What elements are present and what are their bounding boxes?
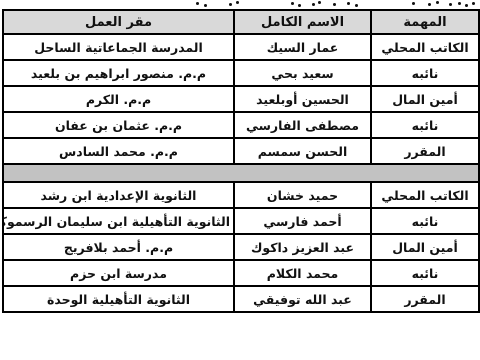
- table-row: نائبهسعيد بحيم.م. منصور ابراهيم بن بلعيد: [3, 60, 479, 86]
- table-body: الكاتب المحليعمار السيكالمدرسة الجماعاتي…: [3, 34, 479, 312]
- committee-table: المهمة الاسم الكامل مقر العمل الكاتب الم…: [2, 9, 480, 313]
- header-row: المهمة الاسم الكامل مقر العمل: [3, 10, 479, 34]
- table-row: أمين المالعبد العزيز داكوكم.م. أحمد بلاف…: [3, 234, 479, 260]
- cell-name: عمار السيك: [234, 34, 371, 60]
- header-workplace: مقر العمل: [3, 10, 234, 34]
- cell-workplace: المدرسة الجماعاتية الساحل: [3, 34, 234, 60]
- table-row: نائبهأحمد فارسيالثانوية التأهيلية ابن سل…: [3, 208, 479, 234]
- table-row: نائبهمحمد الكلاممدرسة ابن حزم: [3, 260, 479, 286]
- cell-workplace: الثانوية التأهيلية ابن سليمان الرسموكي: [3, 208, 234, 234]
- cell-name: الحسين أوبلعيد: [234, 86, 371, 112]
- cell-name: مصطفى الفارسي: [234, 112, 371, 138]
- cell-name: أحمد فارسي: [234, 208, 371, 234]
- cell-workplace: الثانوية التأهيلية الوحدة: [3, 286, 234, 312]
- cell-role: المقرر: [371, 286, 479, 312]
- cell-workplace: م.م. أحمد بلافريج: [3, 234, 234, 260]
- cell-name: الحسن سمسم: [234, 138, 371, 164]
- cell-name: محمد الكلام: [234, 260, 371, 286]
- cell-role: أمين المال: [371, 86, 479, 112]
- cell-workplace: م.م. عثمان بن عفان: [3, 112, 234, 138]
- document-page: { "colors":{ "border":"#000000", "header…: [0, 0, 480, 360]
- cell-role: المقرر: [371, 138, 479, 164]
- cell-name: سعيد بحي: [234, 60, 371, 86]
- cell-role: نائبه: [371, 260, 479, 286]
- section-separator-band: [3, 164, 479, 182]
- cell-name: عبد العزيز داكوك: [234, 234, 371, 260]
- clipped-text-fragments: [0, 0, 480, 7]
- table-row: الكاتب المحليحميد خشانالثانوية الإعدادية…: [3, 182, 479, 208]
- cell-role: الكاتب المحلي: [371, 182, 479, 208]
- cell-workplace: مدرسة ابن حزم: [3, 260, 234, 286]
- table-row: المقررعبد الله توفيقيالثانوية التأهيلية …: [3, 286, 479, 312]
- header-role: المهمة: [371, 10, 479, 34]
- section-separator: [3, 164, 479, 182]
- table-row: المقررالحسن سمسمم.م. محمد السادس: [3, 138, 479, 164]
- cell-role: نائبه: [371, 112, 479, 138]
- cell-role: نائبه: [371, 208, 479, 234]
- cell-role: أمين المال: [371, 234, 479, 260]
- cell-name: عبد الله توفيقي: [234, 286, 371, 312]
- cell-workplace: الثانوية الإعدادية ابن رشد: [3, 182, 234, 208]
- cell-workplace: م.م. الكرم: [3, 86, 234, 112]
- table-row: نائبهمصطفى الفارسيم.م. عثمان بن عفان: [3, 112, 479, 138]
- cell-role: نائبه: [371, 60, 479, 86]
- cell-name: حميد خشان: [234, 182, 371, 208]
- cell-role: الكاتب المحلي: [371, 34, 479, 60]
- table-row: أمين المالالحسين أوبلعيدم.م. الكرم: [3, 86, 479, 112]
- table-row: الكاتب المحليعمار السيكالمدرسة الجماعاتي…: [3, 34, 479, 60]
- header-full-name: الاسم الكامل: [234, 10, 371, 34]
- cell-workplace: م.م. محمد السادس: [3, 138, 234, 164]
- cell-workplace: م.م. منصور ابراهيم بن بلعيد: [3, 60, 234, 86]
